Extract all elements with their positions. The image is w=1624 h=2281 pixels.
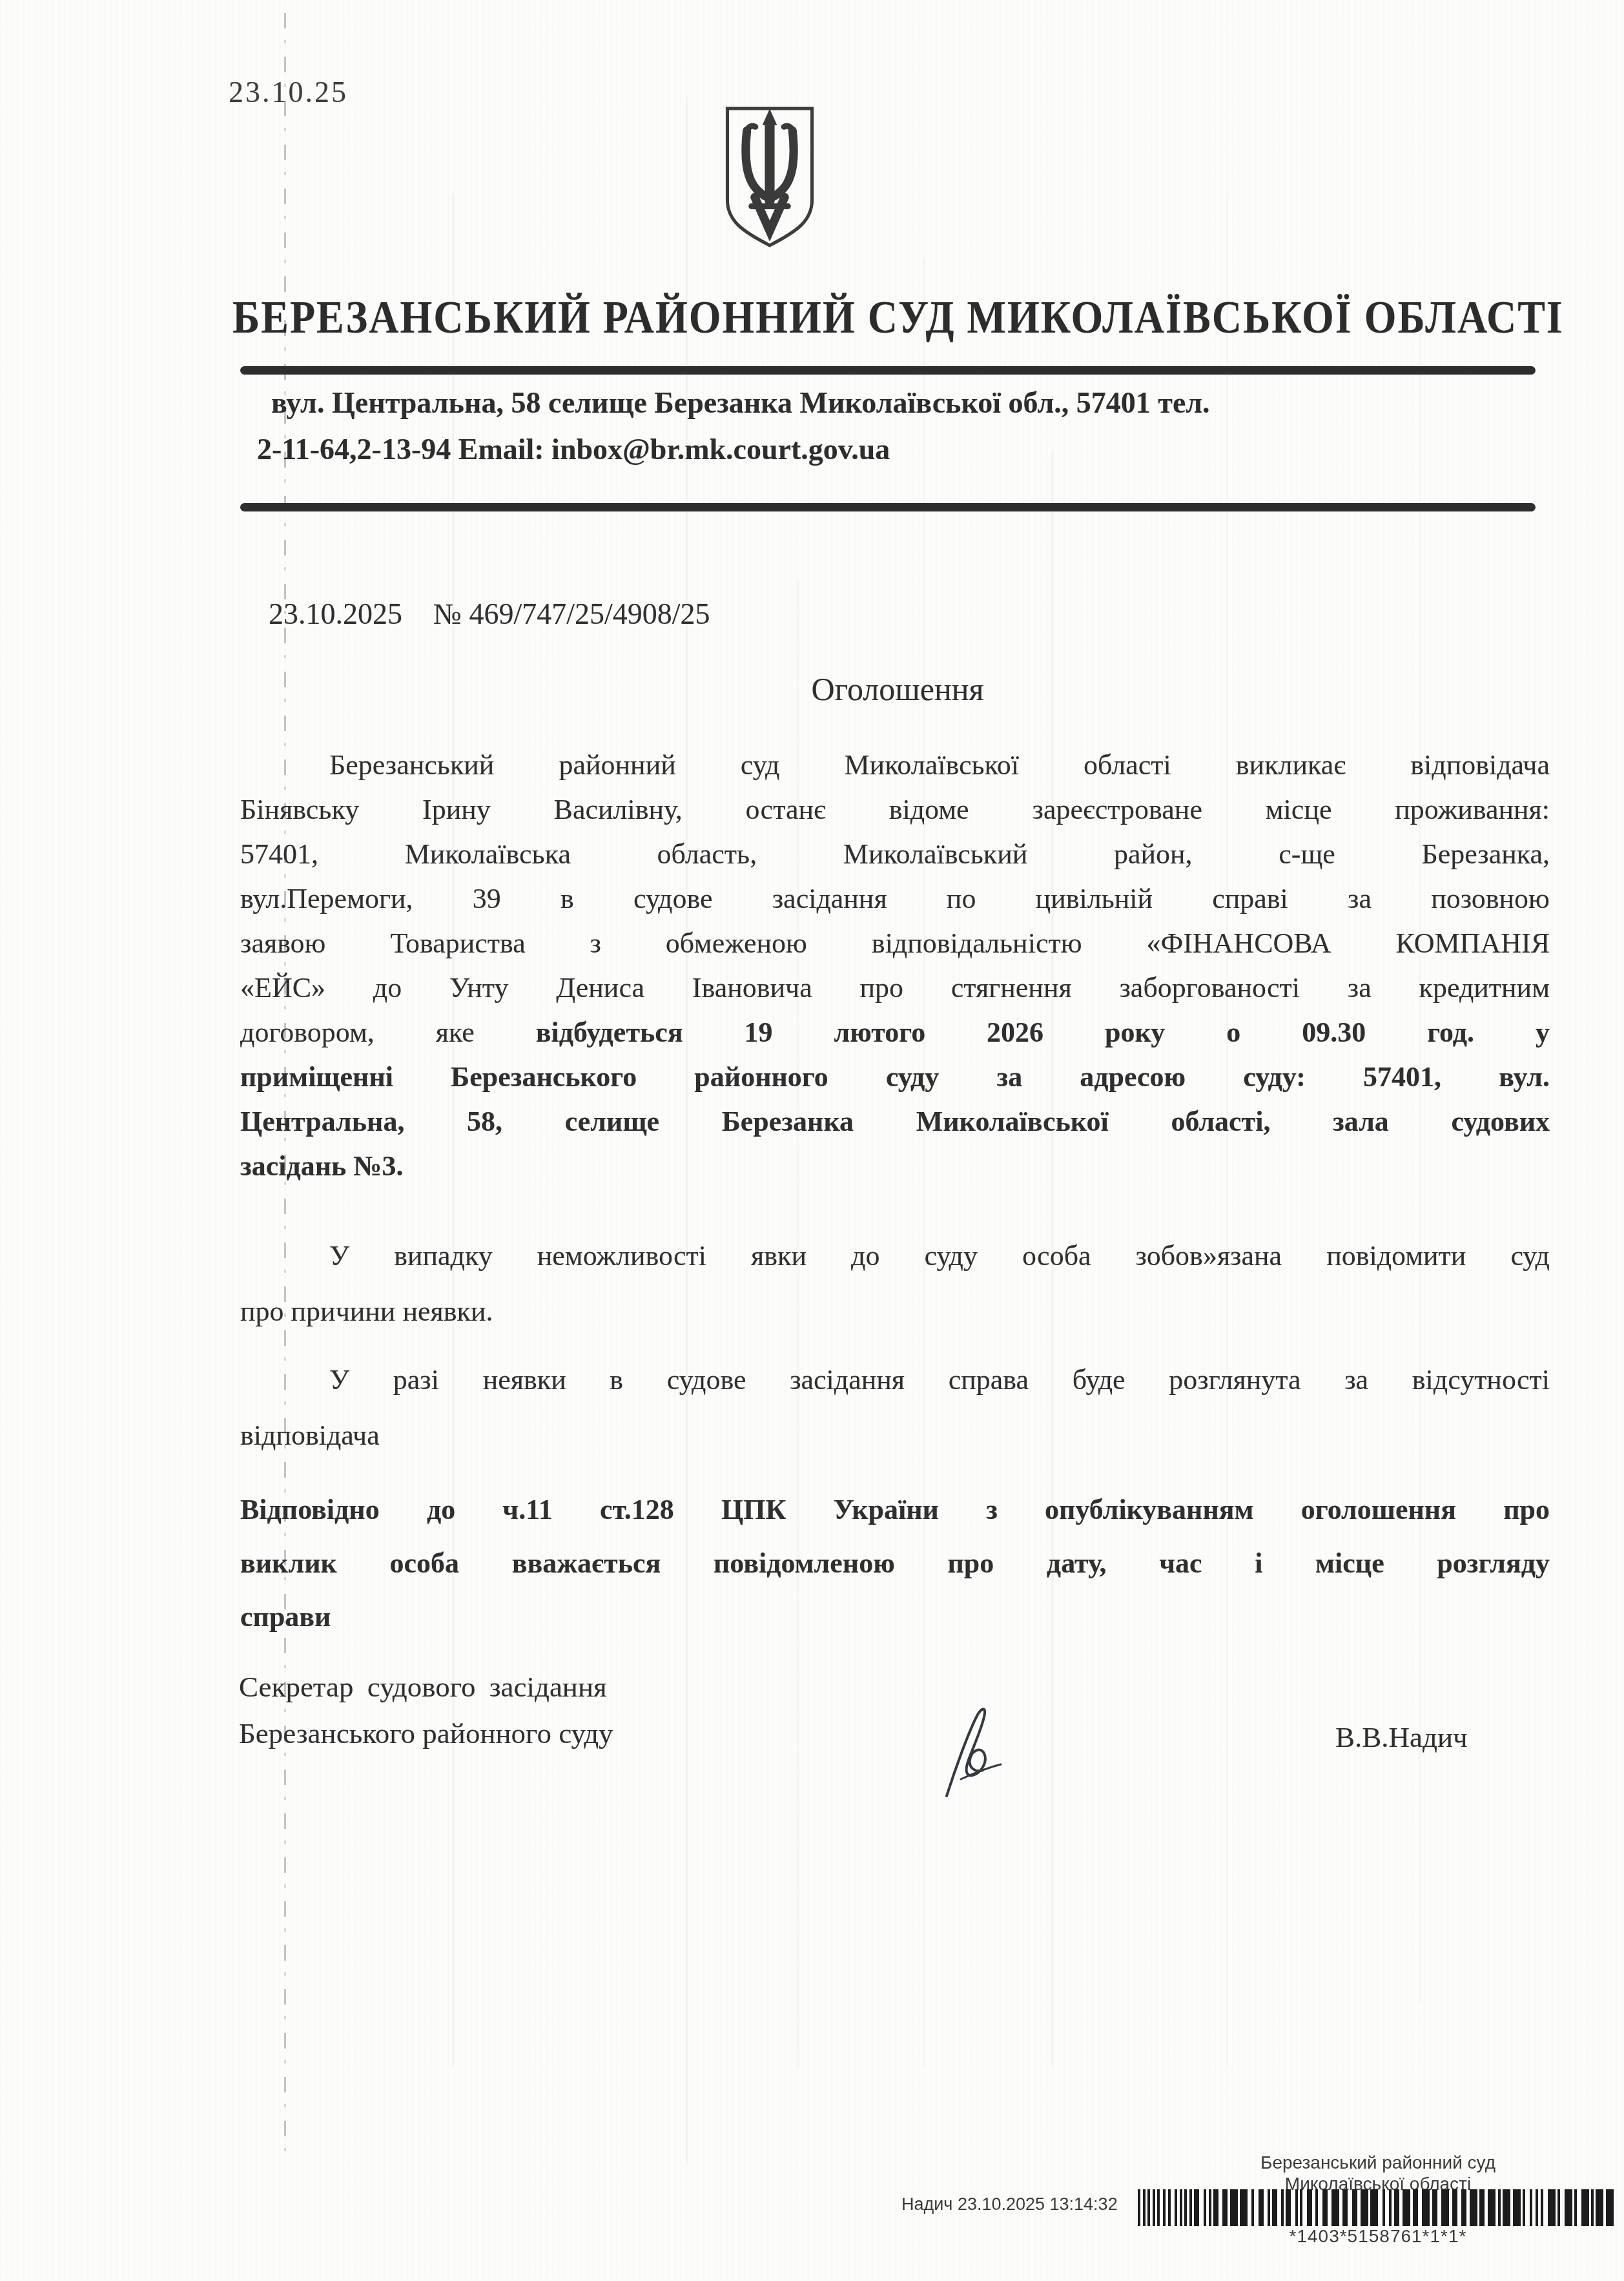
text-line: приміщенні Березанського районного суду … [240,1055,1550,1099]
text-line: виклик особа вважається повідомленою про… [240,1536,1550,1590]
ukraine-trident-emblem-icon [721,103,819,253]
footer-court-name: Березанський районний суд Миколаївської … [1135,2152,1621,2194]
footer-court-line1: Березанський районний суд [1135,2152,1621,2173]
text-line: У разі неявки в судове засідання справа … [240,1352,1550,1408]
paragraph-absence: У разі неявки в судове засідання справа … [240,1352,1550,1463]
signatory-role-line2: Березанського районного суду [239,1717,613,1750]
text-line: договором, яке відбудеться 19 лютого 202… [240,1010,1550,1055]
court-address-line1: вул. Центральна, 58 селище Березанка Мик… [271,386,1210,420]
horizontal-rule-bottom [240,503,1536,511]
paragraph-legal-basis: Відповідно до ч.11 ст.128 ЦПК України з … [240,1483,1550,1644]
text-line: відповідача [240,1408,1550,1463]
text-line: У випадку неможливості явки до суду особ… [240,1228,1550,1284]
signature-scribble-icon [935,1697,1025,1807]
reference-date: 23.10.2025 [269,597,402,630]
footer-signer-timestamp: Надич 23.10.2025 13:14:32 [901,2194,1118,2214]
horizontal-rule-top [240,366,1536,375]
text-line: вул.Перемоги, 39 в судове засідання по ц… [240,876,1550,921]
court-address-line2: 2-11-64,2-13-94 Email: inbox@br.mk.court… [257,432,890,466]
signatory-name: В.В.Надич [1335,1720,1468,1754]
text-line: про причини неявки. [240,1284,1550,1339]
text-line: заявою Товариства з обмеженою відповідал… [240,921,1550,965]
paragraph-summons: Березанський районний суд Миколаївської … [240,743,1550,1188]
reference-line: 23.10.2025№ 469/747/25/4908/25 [269,597,710,631]
reference-number: № 469/747/25/4908/25 [433,597,710,630]
paragraph-obligation: У випадку неможливості явки до суду особ… [240,1228,1550,1339]
text-line: 57401, Миколаївська область, Миколаївськ… [240,832,1550,876]
court-name-heading: БЕРЕЗАНСЬКИЙ РАЙОННИЙ СУД МИКОЛАЇВСЬКОЇ … [232,291,1543,344]
text-line: Центральна, 58, селище Березанка Миколаї… [240,1099,1550,1144]
scan-date-stamp: 23.10.25 [229,75,348,109]
text-line: «ЕЙС» до Унту Дениса Івановича про стягн… [240,965,1550,1010]
barcode [1138,2189,1618,2226]
text-line: справи [240,1590,1550,1644]
barcode-text: *1403*5158761*1*1* [1135,2226,1621,2247]
scanned-document-page: 23.10.25 БЕРЕЗАНСЬКИЙ РАЙОННИЙ СУД МИКОЛ… [0,0,1624,2281]
text-line: Березанський районний суд Миколаївської … [240,743,1550,787]
text-line: Бінявську Ірину Василівну, останє відоме… [240,787,1550,832]
signatory-role-line1: Секретар судового засідання [239,1670,607,1704]
document-title: Оголошення [242,670,1553,708]
text-line: засідань №3. [240,1144,1550,1188]
text-line: Відповідно до ч.11 ст.128 ЦПК України з … [240,1483,1550,1536]
